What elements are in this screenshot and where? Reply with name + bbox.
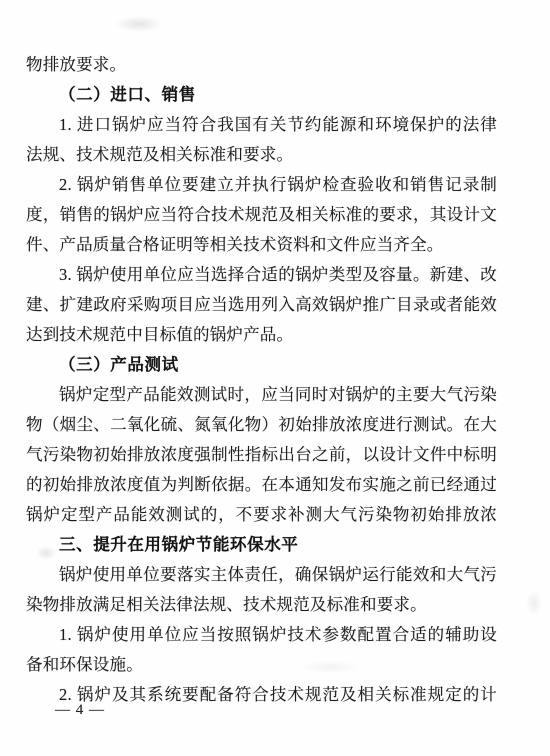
text-line: 物（烟尘、二氧化硫、氮氧化物）初始排放浓度进行测试。在大: [26, 410, 497, 440]
scan-smudge: [526, 590, 542, 616]
heading-line: 三、提升在用锅炉节能环保水平: [26, 530, 497, 560]
text-line: 1. 进口锅炉应当符合我国有关节约能源和环境保护的法律: [26, 110, 497, 140]
text-line: 建、扩建政府采购项目应当选用列入高效锅炉推广目录或者能效: [26, 290, 497, 320]
text-line: 气污染物初始排放浓度强制性指标出台之前，以设计文件中标明: [26, 440, 497, 470]
scanned-document-page: 物排放要求。（二）进口、销售1. 进口锅炉应当符合我国有关节约能源和环境保护的法…: [0, 0, 550, 756]
text-line: 染物排放满足相关法律法规、技术规范及标准和要求。: [26, 590, 497, 620]
text-line: 1. 锅炉使用单位应当按照锅炉技术参数配置合适的辅助设: [26, 620, 497, 650]
page-number: — 4 —: [55, 701, 105, 719]
text-line: 备和环保设施。: [26, 650, 497, 680]
text-line: 锅炉定型产品能效测试时，应当同时对锅炉的主要大气污染: [26, 380, 497, 410]
text-line: 锅炉使用单位要落实主体责任，确保锅炉运行能效和大气污: [26, 560, 497, 590]
text-line: 2. 锅炉销售单位要建立并执行锅炉检查验收和销售记录制: [26, 170, 497, 200]
text-line: 度，销售的锅炉应当符合技术规范及相关标准的要求，其设计文: [26, 200, 497, 230]
text-line: 物排放要求。: [26, 50, 497, 80]
text-line: 达到技术规范中目标值的锅炉产品。: [26, 320, 497, 350]
text-line: 锅炉定型产品能效测试的，不要求补测大气污染物初始排放浓度。: [26, 500, 497, 530]
text-line: 法规、技术规范及相关标准和要求。: [26, 140, 497, 170]
text-line: 的初始排放浓度值为判断依据。在本通知发布实施之前已经通过: [26, 470, 497, 500]
scan-smudge: [115, 16, 163, 32]
heading-line: （三）产品测试: [26, 350, 497, 380]
document-body: 物排放要求。（二）进口、销售1. 进口锅炉应当符合我国有关节约能源和环境保护的法…: [26, 50, 497, 710]
heading-line: （二）进口、销售: [26, 80, 497, 110]
text-line: 件、产品质量合格证明等相关技术资料和文件应当齐全。: [26, 230, 497, 260]
text-line: 3. 锅炉使用单位应当选择合适的锅炉类型及容量。新建、改: [26, 260, 497, 290]
